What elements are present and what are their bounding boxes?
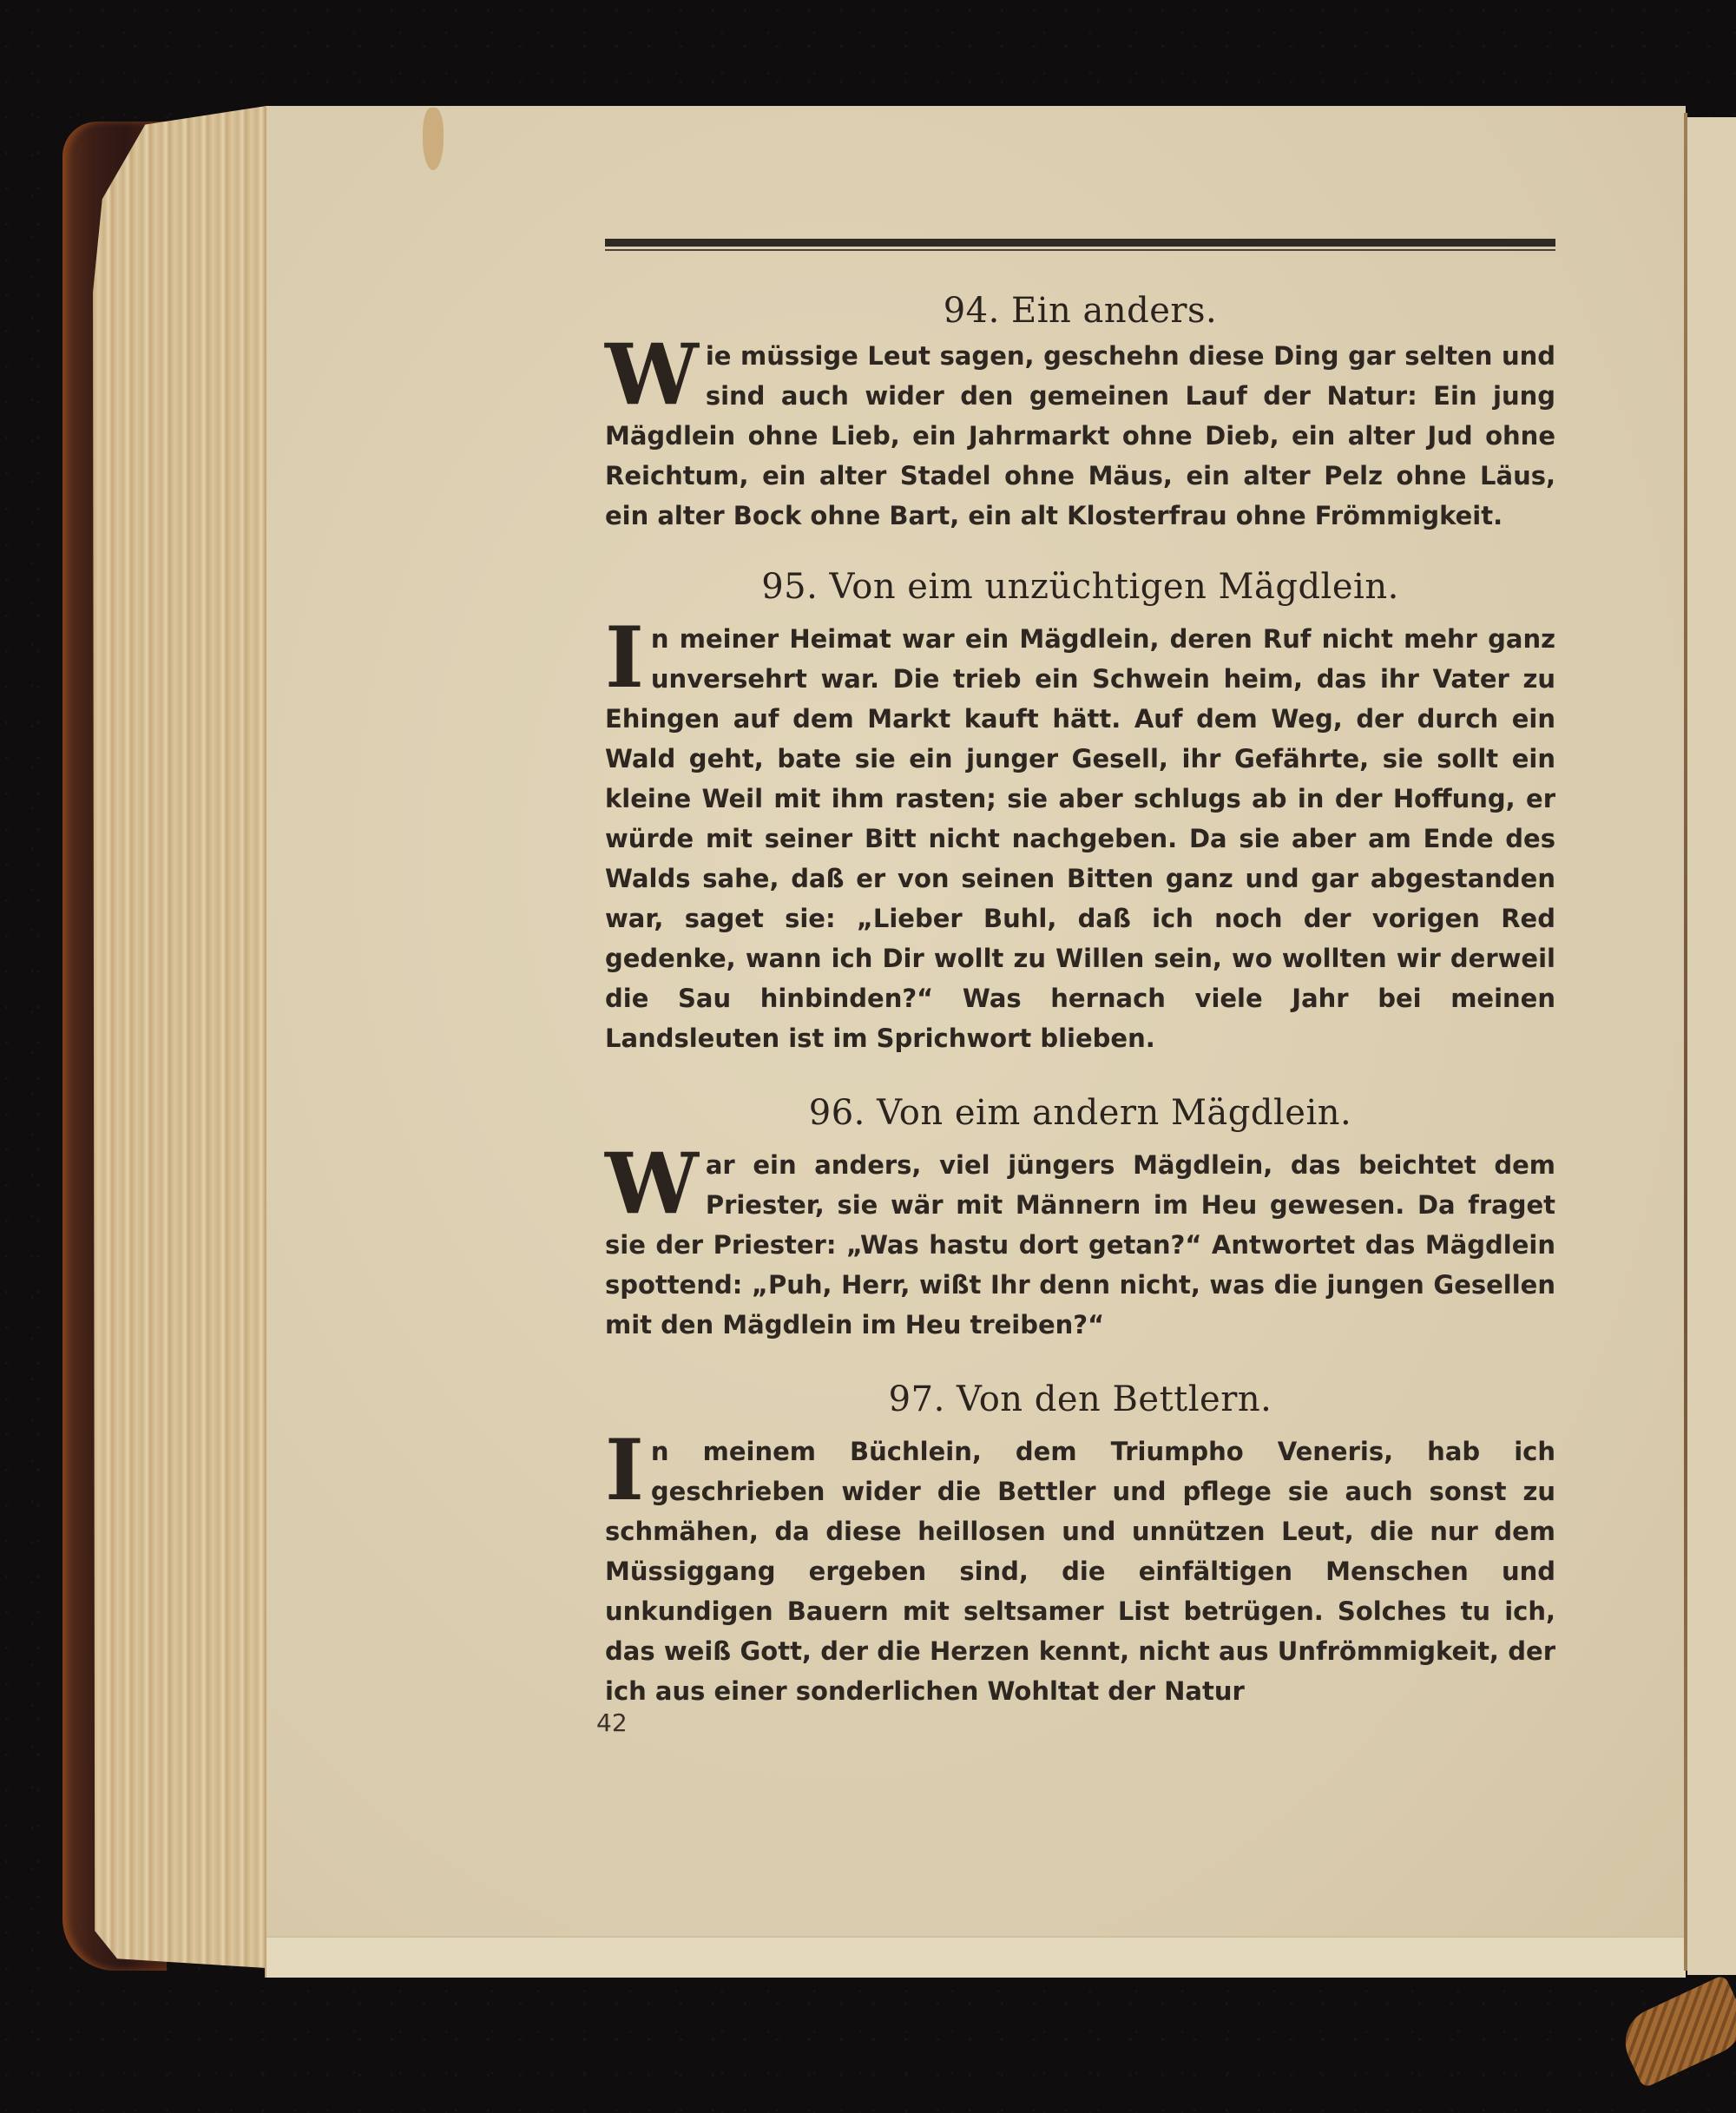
- drop-cap: I: [605, 622, 644, 697]
- drop-cap: W: [605, 339, 699, 414]
- drop-cap: I: [605, 1435, 644, 1510]
- section-paragraph: In meiner Heimat war ein Mägdlein, deren…: [605, 619, 1555, 1058]
- section-96: 96. Von eim andern Mägdlein. War ein and…: [605, 1093, 1555, 1345]
- section-97: 97. Von den Bettlern. In meinem Büchlein…: [605, 1379, 1555, 1711]
- page-number: 42: [596, 1708, 628, 1737]
- section-heading: 95. Von eim unzüchtigen Mägdlein.: [605, 567, 1555, 607]
- right-page-edge: [1687, 117, 1736, 1975]
- page-text-block: 94. Ein anders. Wie müssige Leut sagen, …: [605, 239, 1555, 1711]
- section-94: 94. Ein anders. Wie müssige Leut sagen, …: [605, 291, 1555, 536]
- section-paragraph: Wie müssige Leut sagen, geschehn diese D…: [605, 336, 1555, 536]
- section-paragraph: War ein anders, viel jüngers Mägdlein, d…: [605, 1145, 1555, 1345]
- section-paragraph: In meinem Büchlein, dem Triumpho Veneris…: [605, 1432, 1555, 1711]
- header-rule-thick: [605, 239, 1555, 247]
- section-heading: 96. Von eim andern Mägdlein.: [605, 1093, 1555, 1133]
- ribbon-bookmark: [1614, 1974, 1736, 2089]
- paragraph-text: n meinem Büchlein, dem Triumpho Veneris,…: [605, 1437, 1555, 1706]
- water-stain: [423, 108, 444, 170]
- drop-cap: W: [605, 1149, 699, 1223]
- paragraph-text: ie müssige Leut sagen, geschehn diese Di…: [605, 341, 1555, 530]
- section-heading: 94. Ein anders.: [605, 291, 1555, 331]
- header-rule-thin: [605, 249, 1555, 251]
- section-heading: 97. Von den Bettlern.: [605, 1379, 1555, 1419]
- page-block-edge: [80, 106, 266, 1968]
- paragraph-text: n meiner Heimat war ein Mägdlein, deren …: [605, 624, 1555, 1053]
- paragraph-text: ar ein anders, viel jüngers Mägdlein, da…: [605, 1150, 1555, 1340]
- section-95: 95. Von eim unzüchtigen Mägdlein. In mei…: [605, 567, 1555, 1058]
